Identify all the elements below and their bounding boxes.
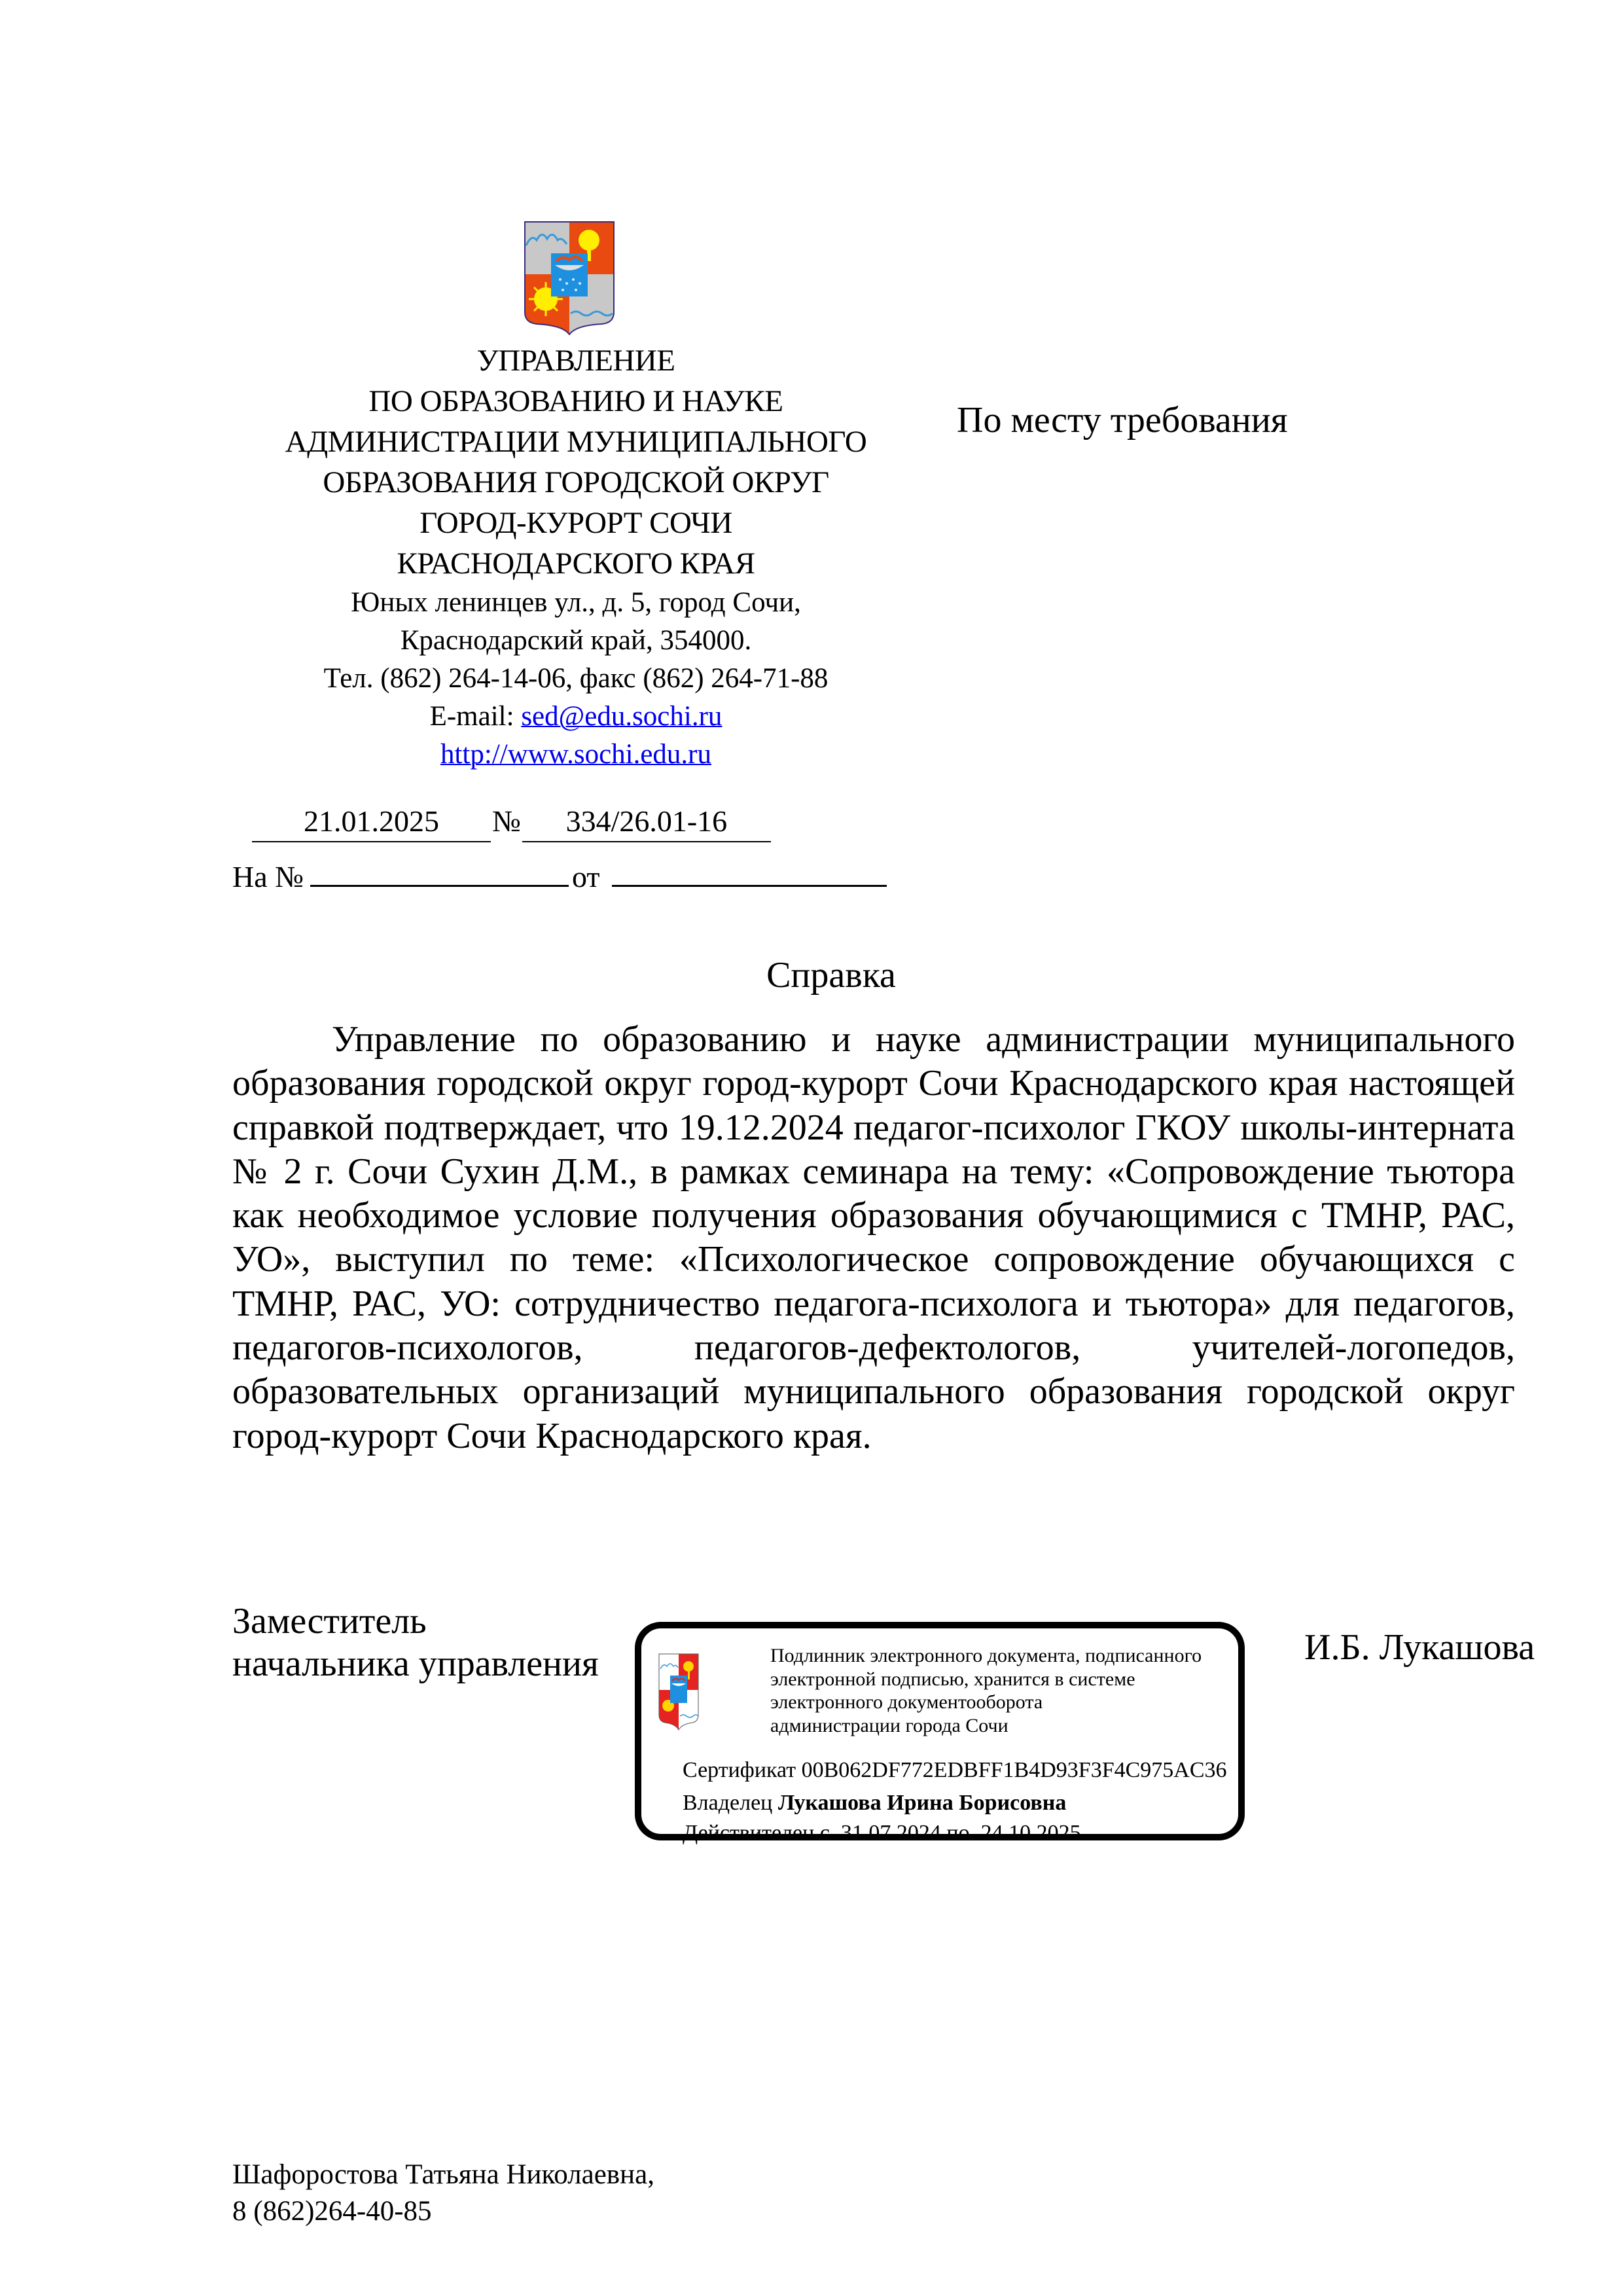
stamp-certificate-row: Сертификат 00B062DF772EDBFF1B4D93F3F4C97… xyxy=(683,1757,1227,1784)
owner-label: Владелец xyxy=(683,1791,772,1815)
phone-fax-line: Тел. (862) 264-14-06, факс (862) 264-71-… xyxy=(236,660,916,698)
signatory-position: Заместитель начальника управления xyxy=(232,1600,599,1685)
org-name-line: КРАСНОДАРСКОГО КРАЯ xyxy=(236,543,916,584)
email-label: E-mail: xyxy=(430,701,522,732)
reply-from-label: от xyxy=(572,860,600,893)
registration-line: 21.01.2025№334/26.01-16 xyxy=(252,802,771,842)
email-link[interactable]: sed@edu.sochi.ru xyxy=(521,701,722,732)
stamp-validity-row: Действителен с 31.07.2024 по 24.10.2025 xyxy=(683,1820,1081,1846)
electronic-signature-stamp: Подлинник электронного документа, подпис… xyxy=(635,1622,1245,1840)
letterhead: УПРАВЛЕНИЕ ПО ОБРАЗОВАНИЮ И НАУКЕ АДМИНИ… xyxy=(236,340,916,774)
org-name-line: ОБРАЗОВАНИЯ ГОРОДСКОЙ ОКРУГ xyxy=(236,462,916,503)
stamp-header-line: электронной подписью, хранится в системе xyxy=(770,1668,1215,1691)
executor-name: Шафоростова Татьяна Николаевна, xyxy=(232,2157,654,2193)
valid-label: Действителен с xyxy=(683,1821,830,1845)
website-line: http://www.sochi.edu.ru xyxy=(236,736,916,774)
document-title: Справка xyxy=(0,954,1623,996)
owner-value: Лукашова Ирина Борисовна xyxy=(778,1791,1067,1815)
stamp-header: Подлинник электронного документа, подпис… xyxy=(770,1644,1215,1737)
position-line: Заместитель xyxy=(232,1600,599,1643)
stamp-header-line: электронного документооборота xyxy=(770,1691,1215,1714)
valid-to-label: по xyxy=(946,1821,969,1845)
registration-date: 21.01.2025 xyxy=(252,802,491,842)
address-line: Краснодарский край, 354000. xyxy=(236,622,916,660)
document-body: Управление по образованию и науке админи… xyxy=(232,1018,1515,1458)
reply-reference-line: На №от xyxy=(232,857,887,897)
certificate-value: 00B062DF772EDBFF1B4D93F3F4C975AC36 xyxy=(802,1758,1227,1782)
stamp-owner-row: Владелец Лукашова Ирина Борисовна xyxy=(683,1790,1066,1816)
org-name-line: ПО ОБРАЗОВАНИЮ И НАУКЕ xyxy=(236,381,916,422)
position-line: начальника управления xyxy=(232,1643,599,1685)
number-sign: № xyxy=(492,802,521,841)
reply-number-label: На № xyxy=(232,860,304,893)
reply-date-blank xyxy=(612,865,887,887)
registration-number: 334/26.01-16 xyxy=(522,802,771,842)
executor-info: Шафоростова Татьяна Николаевна, 8 (862)2… xyxy=(232,2157,654,2230)
certificate-label: Сертификат xyxy=(683,1758,796,1782)
address-line: Юных ленинцев ул., д. 5, город Сочи, xyxy=(236,584,916,622)
stamp-header-line: администрации города Сочи xyxy=(770,1714,1215,1738)
coat-of-arms-icon xyxy=(524,221,615,335)
email-line: E-mail: sed@edu.sochi.ru xyxy=(236,698,916,736)
org-name-line: АДМИНИСТРАЦИИ МУНИЦИПАЛЬНОГО xyxy=(236,422,916,462)
reply-number-blank xyxy=(310,865,569,887)
website-link[interactable]: http://www.sochi.edu.ru xyxy=(440,739,711,770)
signatory-name: И.Б. Лукашова xyxy=(1304,1626,1535,1668)
org-name-line: ГОРОД-КУРОРТ СОЧИ xyxy=(236,503,916,543)
stamp-header-line: Подлинник электронного документа, подпис… xyxy=(770,1644,1215,1668)
valid-from: 31.07.2024 xyxy=(841,1821,941,1845)
coat-of-arms-icon xyxy=(658,1653,699,1731)
addressee: По месту требования xyxy=(957,399,1287,441)
org-name-line: УПРАВЛЕНИЕ xyxy=(236,340,916,381)
valid-to: 24.10.2025 xyxy=(981,1821,1081,1845)
executor-phone: 8 (862)264-40-85 xyxy=(232,2193,654,2230)
